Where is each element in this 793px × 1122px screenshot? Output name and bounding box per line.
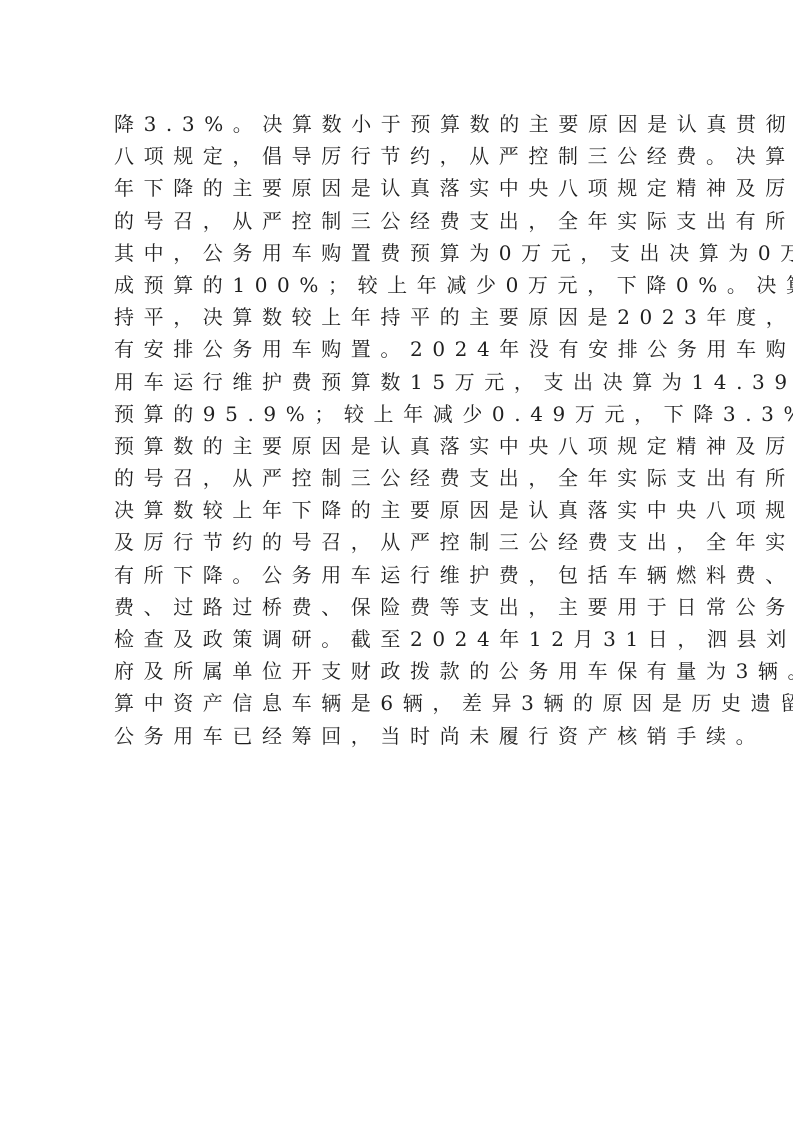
text-line: 决算数较上年下降的主要原因是认真落实中央八项规定精神 xyxy=(114,494,694,526)
text-line: 其中，公务用车购置费预算为0万元，支出决算为0万元，完 xyxy=(114,237,694,269)
text-line: 的号召，从严控制三公经费支出，全年实际支出有所下降。 xyxy=(114,205,694,237)
text-line: 算中资产信息车辆是6辆，差异3辆的原因是历史遗留问题， xyxy=(114,687,694,719)
text-line: 降3.3%。决算数小于预算数的主要原因是认真贯彻落实中央 xyxy=(114,108,694,140)
text-line: 的号召，从严控制三公经费支出，全年实际支出有所下降。 xyxy=(114,462,694,494)
document-page: 降3.3%。决算数小于预算数的主要原因是认真贯彻落实中央 八项规定，倡导厉行节约… xyxy=(0,0,793,1122)
text-line: 预算数的主要原因是认真落实中央八项规定精神及厉行节约 xyxy=(114,430,694,462)
text-line: 府及所属单位开支财政拨款的公务用车保有量为3辆。部门决 xyxy=(114,655,694,687)
text-line: 年下降的主要原因是认真落实中央八项规定精神及厉行节约 xyxy=(114,172,694,204)
text-line: 成预算的100%；较上年减少0万元，下降0%。决算数与预算数 xyxy=(114,269,694,301)
text-line: 持平，决算数较上年持平的主要原因是2023年度，2024年没 xyxy=(114,301,694,333)
text-line: 及厉行节约的号召，从严控制三公经费支出，全年实际支出 xyxy=(114,526,694,558)
text-line: 有安排公务用车购置。2024年没有安排公务用车购置。公务 xyxy=(114,333,694,365)
text-line: 八项规定，倡导厉行节约，从严控制三公经费。决算数较上 xyxy=(114,140,694,172)
text-line: 公务用车已经筹回，当时尚未履行资产核销手续。 xyxy=(114,720,694,752)
body-paragraph: 降3.3%。决算数小于预算数的主要原因是认真贯彻落实中央 八项规定，倡导厉行节约… xyxy=(114,108,694,752)
text-line: 费、过路过桥费、保险费等支出，主要用于日常公务、监督 xyxy=(114,591,694,623)
text-line: 检查及政策调研。截至2024年12月31日，泗县刘圩镇人民政 xyxy=(114,623,694,655)
text-line: 用车运行维护费预算数15万元，支出决算为14.39万元，完成 xyxy=(114,366,694,398)
text-line: 有所下降。公务用车运行维护费，包括车辆燃料费、维修 xyxy=(114,559,694,591)
text-line: 预算的95.9%；较上年减少0.49万元，下降3.3%。决算数小于 xyxy=(114,398,694,430)
